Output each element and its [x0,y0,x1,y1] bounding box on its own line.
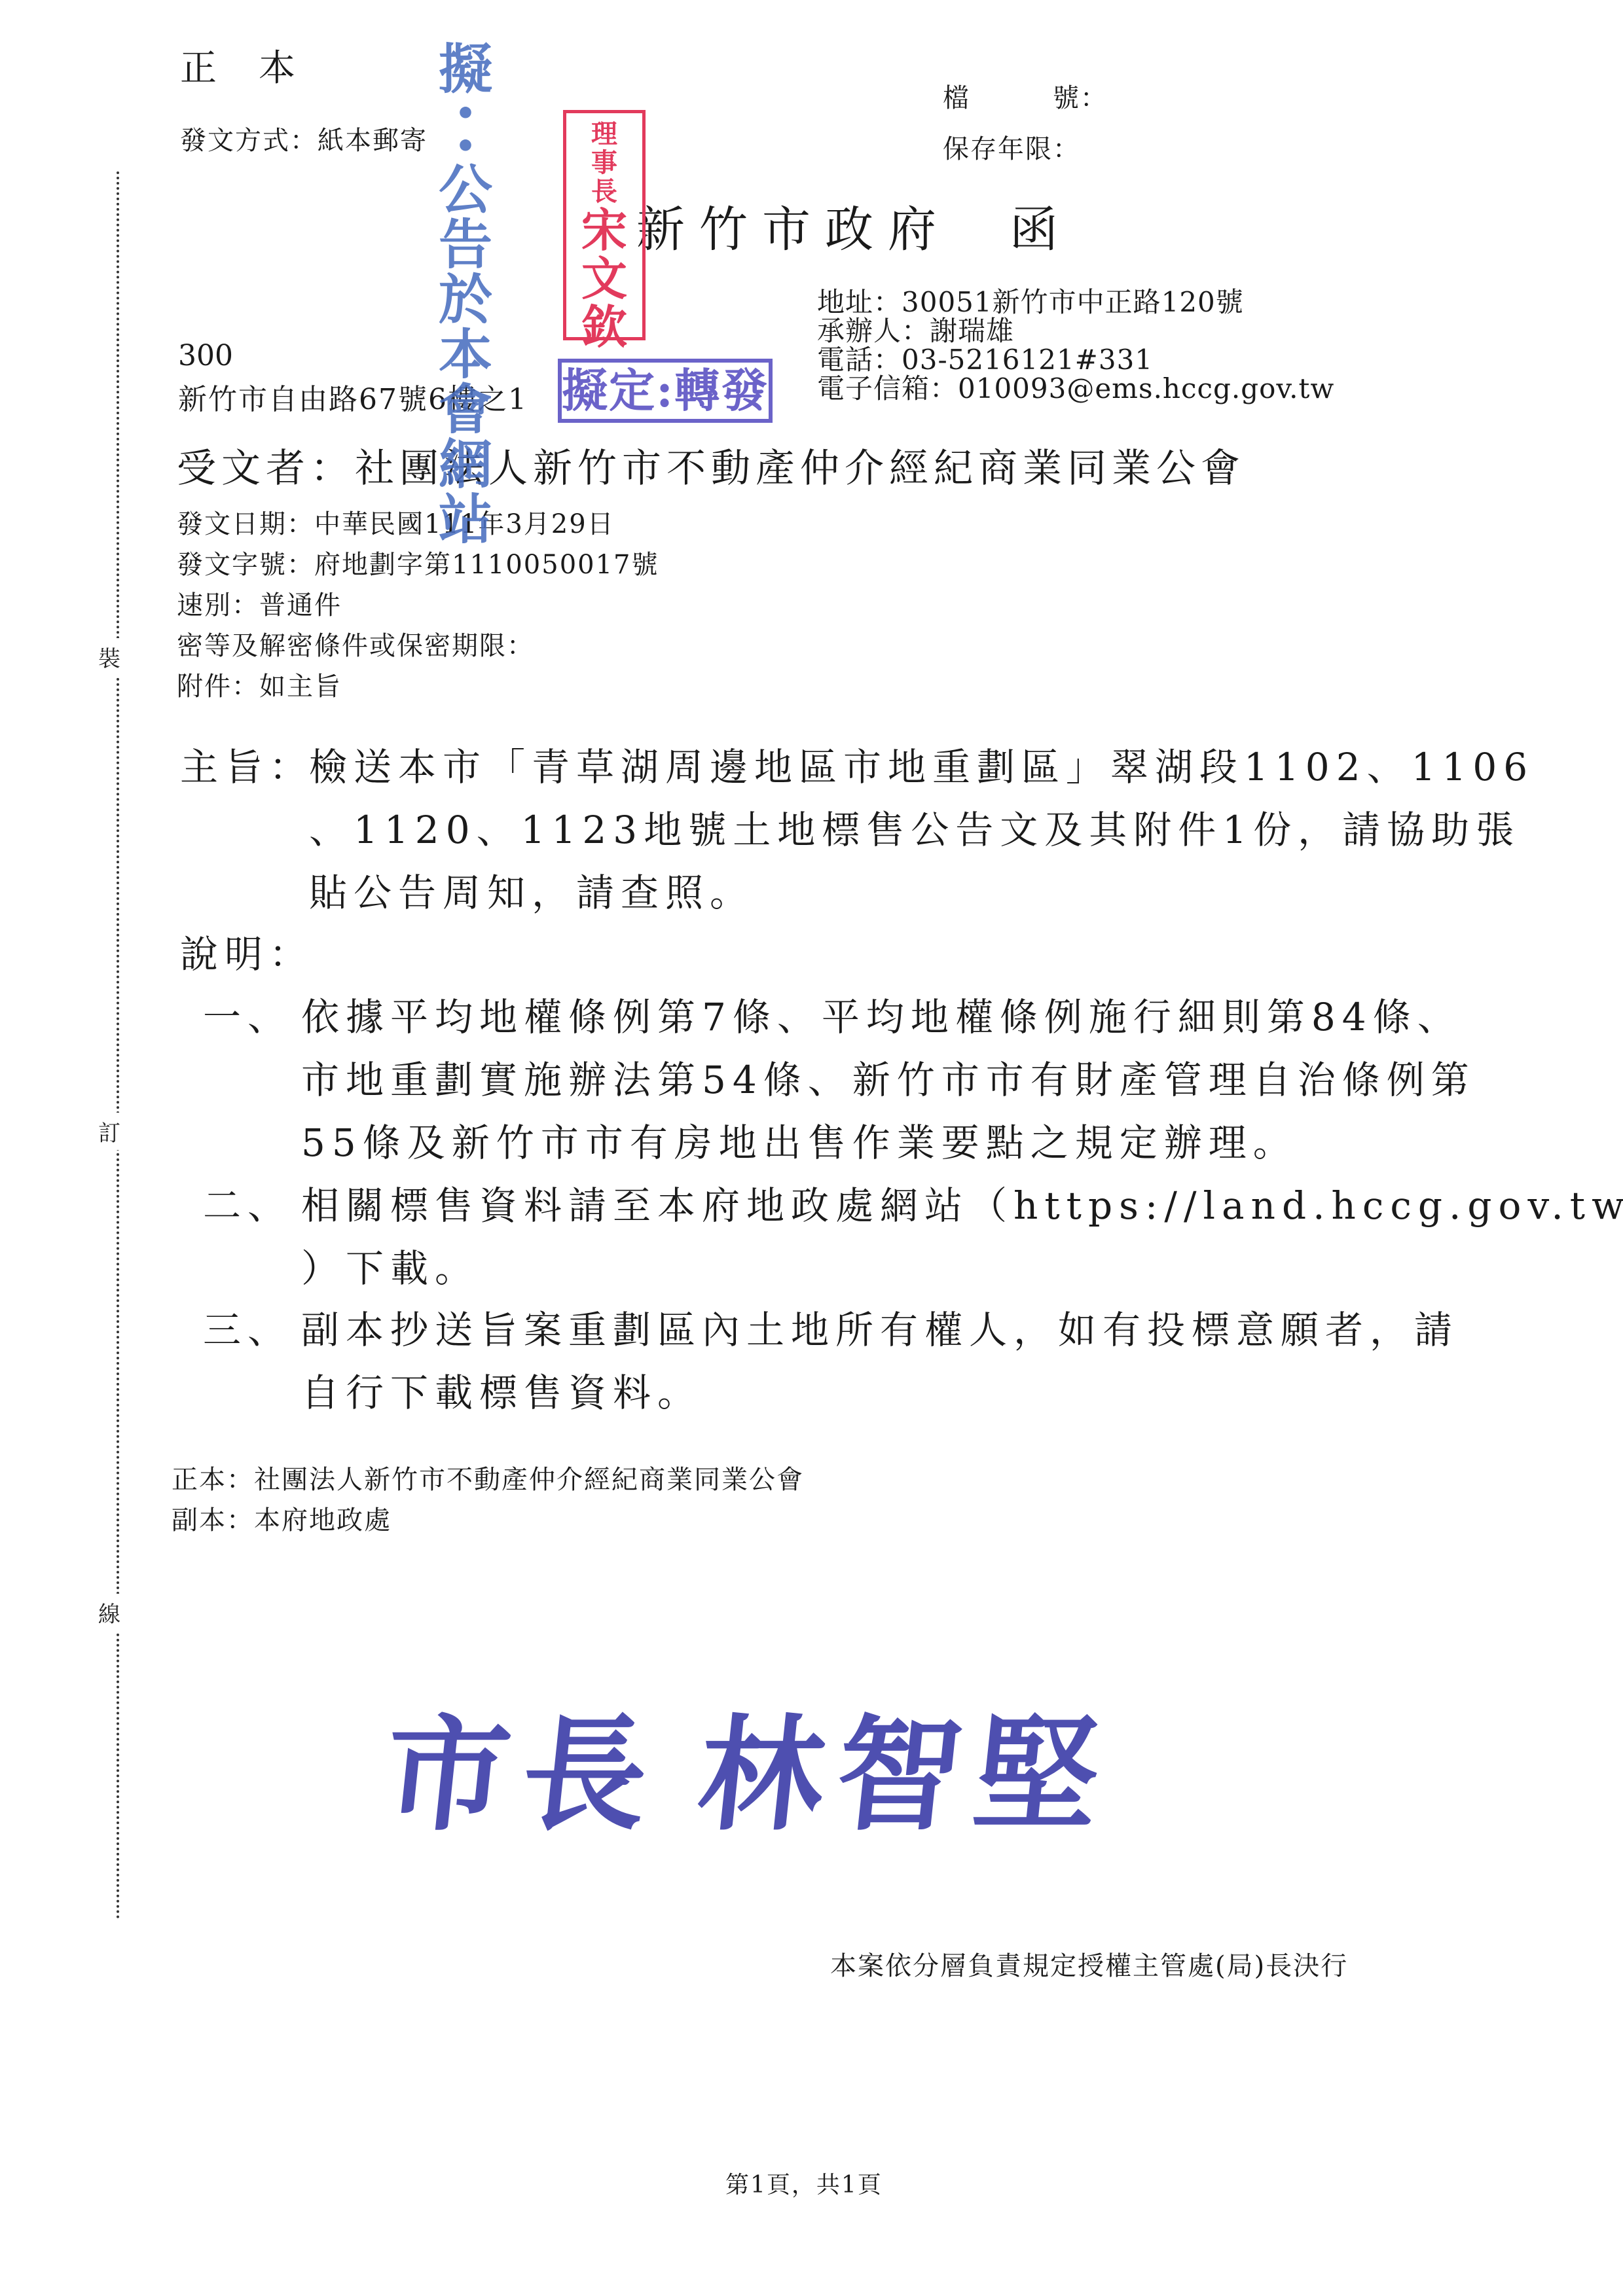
seal-char: 文 [566,255,642,303]
subject-label: 主旨： [180,736,314,798]
red-chairman-seal: 理 事 長 宋 文 欽 [563,110,646,340]
item-number: 一、 [203,986,292,1049]
stamp-char: 於 [429,272,501,327]
sender-phone: 電話：03-5216121#331 [817,346,1334,374]
sender-handler: 承辦人：謝瑞雄 [817,317,1334,346]
binding-mark-zhuang: 裝 [98,638,120,675]
stamp-char: 網 [429,437,501,492]
mayor-signature: 市長林智堅 [377,1676,1123,1854]
reference-number: 發文字號：府地劃字第1110050017號 [177,545,659,585]
item-line: 自行下載標售資料。 [301,1361,1480,1424]
seal-char: 欽 [566,303,642,351]
sender-address: 地址：30051新竹市中正路120號 [817,288,1334,317]
item-line: 市地重劃實施辦法第54條、新竹市市有財產管理自治條例第 [301,1049,1480,1111]
file-number-label: 檔 號： [943,77,1108,115]
subject-line: 檢送本市「青草湖周邊地區市地重劃區」翠湖段1102、1106 [309,736,1534,798]
subject-line: 貼公告周知，請查照。 [309,861,1534,924]
explanation-label: 說明： [180,923,314,986]
attachment: 附件：如主旨 [177,666,659,707]
stamp-char: 會 [429,382,501,437]
recipient-postal-code: 300 [178,339,233,372]
binding-mark-xian: 線 [98,1594,120,1631]
document-meta: 發文日期：中華民國111年3月29日 發文字號：府地劃字第1110050017號… [177,504,659,707]
binding-mark-ding: 訂 [98,1113,120,1150]
item-number: 三、 [203,1299,292,1361]
subject-line: 、1120、1123地號土地標售公告文及其附件1份，請協助張 [309,798,1534,861]
seal-char: 事 [566,149,642,177]
item-line: 55條及新竹市市有房地出售作業要點之規定辦理。 [301,1111,1480,1174]
stamp-char: 本 [429,327,501,382]
delegation-note: 本案依分層負責規定授權主管處(局)長決行 [830,1945,1348,1982]
purple-forward-stamp: 擬定:轉發 [558,359,773,423]
page-footer: 第1頁，共1頁 [725,2166,883,2200]
recipient: 受文者：社團法人新竹市不動產仲介經紀商業同業公會 [177,437,1245,493]
stamp-char: 公 [429,162,501,217]
item-line: ）下載。 [301,1237,1480,1300]
agency-title: 新竹市政府函 [636,191,1072,260]
stamp-char: • [429,130,501,162]
sender-email: 電子信箱：010093@ems.hccg.gov.tw [817,374,1334,403]
subject-body: 檢送本市「青草湖周邊地區市地重劃區」翠湖段1102、1106 、1120、112… [309,736,1534,924]
seal-char: 長 [566,177,642,206]
document-type: 函 [1010,202,1072,258]
original-recipient: 正本：社團法人新竹市不動產仲介經紀商業同業公會 [172,1460,804,1500]
item-line: 副本抄送旨案重劃區內土地所有權人，如有投標意願者，請 [301,1299,1480,1361]
delivery-method: 發文方式：紙本郵寄 [180,120,428,157]
retention-period-label: 保存年限： [943,128,1080,166]
seal-char: 理 [566,120,642,149]
binding-dotted-line [117,171,119,1920]
signature-title: 市長 [378,1702,668,1848]
distribution-list: 正本：社團法人新竹市不動產仲介經紀商業同業公會 副本：本府地政處 [172,1460,804,1541]
signature-name: 林智堅 [692,1702,1120,1848]
stamp-char: 告 [429,217,501,272]
stamp-char: • [429,97,501,130]
secrecy-level: 密等及解密條件或保密期限： [177,626,659,666]
item-line-with-link[interactable]: 相關標售資料請至本府地政處網站（https://land.hccg.gov.tw… [301,1174,1480,1237]
seal-char: 宋 [566,206,642,255]
copy-recipient: 副本：本府地政處 [172,1500,804,1541]
speed-class: 速別：普通件 [177,585,659,626]
agency-name: 新竹市政府 [636,202,951,258]
stamp-char: 擬 [429,42,501,97]
copy-type-label: 正 本 [180,39,298,92]
item-number: 二、 [203,1174,292,1237]
blue-vertical-stamp: 擬 • • 公 告 於 本 會 網 站 [429,42,501,547]
sender-contact: 地址：30051新竹市中正路120號 承辦人：謝瑞雄 電話：03-5216121… [817,288,1334,403]
issue-date: 發文日期：中華民國111年3月29日 [177,504,659,545]
item-line: 依據平均地權條例第7條、平均地權條例施行細則第84條、 [301,986,1480,1049]
stamp-char: 站 [429,492,501,547]
